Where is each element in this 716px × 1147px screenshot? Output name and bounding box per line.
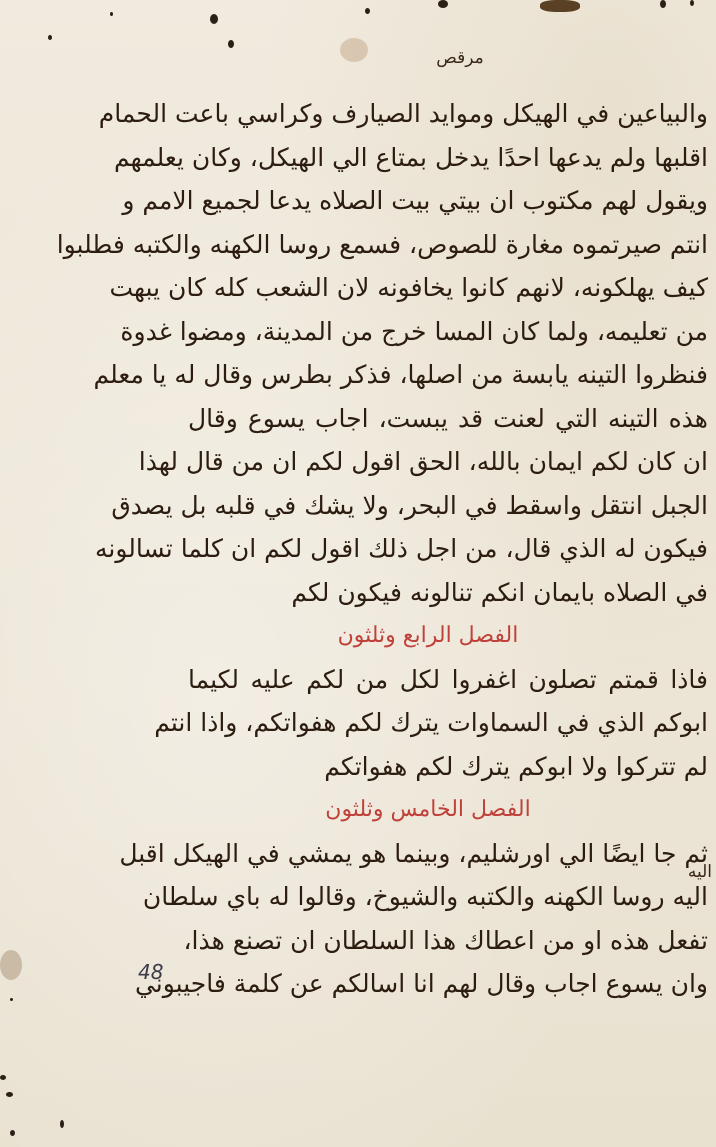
wormhole (365, 8, 370, 14)
chapter-heading: الفصل الخامس وثلثون (188, 788, 708, 832)
text-line: تفعل هذه او من اعطاك هذا السلطان ان تصنع… (220, 919, 708, 963)
page-header: مرقص (420, 48, 500, 68)
wormhole (10, 998, 13, 1001)
wormhole (660, 0, 666, 8)
text-line: ان كان لكم ايمان بالله، الحق اقول لكم ان… (188, 440, 708, 484)
wormhole (210, 14, 218, 24)
chapter-heading: الفصل الرابع وثلثون (188, 614, 708, 658)
text-line: اقلبها ولم يدعها احدًا يدخل بمتاع الي ال… (188, 136, 708, 180)
wormhole (48, 35, 52, 40)
wormhole (10, 1130, 15, 1136)
stain (340, 38, 368, 62)
text-line: لم تتركوا ولا ابوكم يترك لكم هفواتكم (308, 745, 708, 789)
text-line: ويقول لهم مكتوب ان بيتي بيت الصلاه يدعا … (188, 179, 708, 223)
text-line: اليه روسا الكهنه والكتبه والشيوخ، وقالوا… (220, 875, 708, 919)
wormhole (60, 1120, 64, 1128)
text-line: فنظروا التينه يابسة من اصلها، فذكر بطرس … (188, 353, 708, 397)
manuscript-page: مرقص والبياعين في الهيكل وموايد الصيارف … (0, 0, 716, 1147)
wormhole (0, 1075, 6, 1080)
text-line: كيف يهلكونه، لانهم كانوا يخافونه لان الش… (188, 266, 708, 310)
text-line: من تعليمه، ولما كان المسا خرج من المدينة… (188, 310, 708, 354)
text-line: والبياعين في الهيكل وموايد الصيارف وكراس… (188, 92, 708, 136)
main-text: والبياعين في الهيكل وموايد الصيارف وكراس… (188, 92, 708, 1006)
stain (0, 950, 22, 980)
wormhole (110, 12, 113, 16)
wormhole (690, 0, 694, 6)
catchword: اليه (688, 862, 712, 882)
text-line: في الصلاه بايمان انكم تنالونه فيكون لكم (278, 571, 708, 615)
text-line: فيكون له الذي قال، من اجل ذلك اقول لكم ا… (188, 527, 708, 571)
text-line: ثم جا ايضًا الي اورشليم، وبينما هو يمشي … (188, 832, 708, 876)
text-line: وان يسوع اجاب وقال لهم انا اسالكم عن كلم… (220, 962, 708, 1006)
folio-number: 48 (138, 960, 163, 984)
wormhole (540, 0, 580, 12)
wormhole (228, 40, 234, 48)
wormhole (438, 0, 448, 8)
text-line: الجبل انتقل واسقط في البحر، ولا يشك في ق… (188, 484, 708, 528)
wormhole (6, 1092, 13, 1097)
text-line: ابوكم الذي في السماوات يترك لكم هفواتكم،… (188, 701, 708, 745)
text-line: انتم صيرتموه مغارة للصوص، فسمع روسا الكه… (188, 223, 708, 267)
text-line: فاذا قمتم تصلون اغفروا لكل من لكم عليه ل… (188, 658, 708, 702)
text-line: هذه التينه التي لعنت قد يبست، اجاب يسوع … (188, 397, 708, 441)
